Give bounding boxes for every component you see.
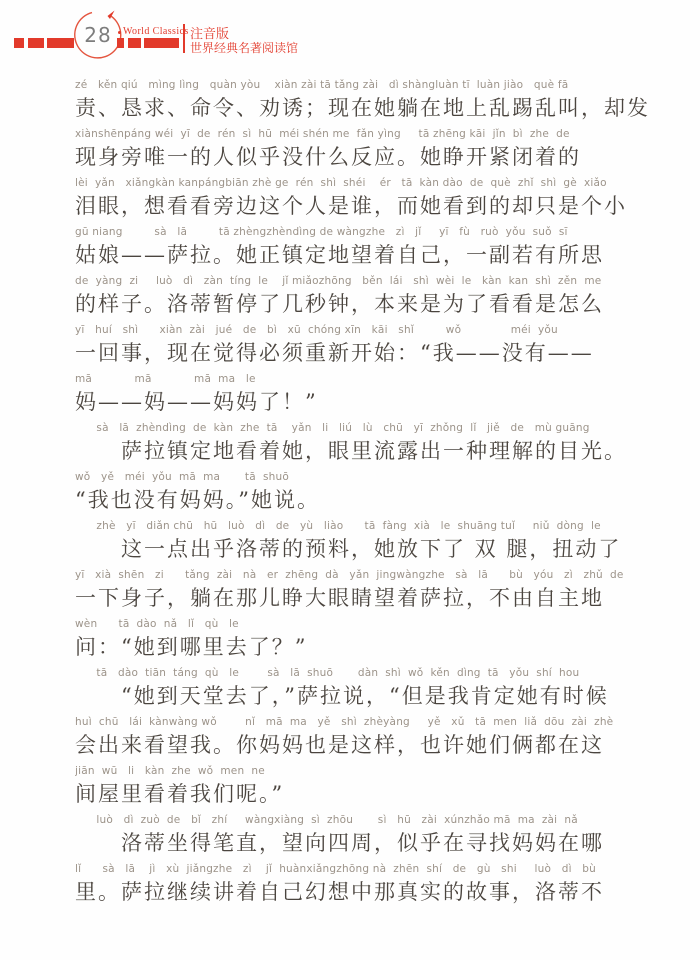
pinyin-text: lǐ sà lā jì xù jiǎngzhe zì jǐ huànxiǎngz… <box>75 862 655 877</box>
series-title-en: World Classics <box>123 26 189 37</box>
pinyin-text: sà lā zhèndìng de kàn zhe tā yǎn li liú … <box>75 421 655 436</box>
pinyin-text: lèi yǎn xiǎngkàn kanpángbiān zhè ge rén … <box>75 176 655 191</box>
pinyin-text: huì chū lái kànwàng wǒ nǐ mā ma yě shì z… <box>75 715 655 730</box>
page-number: 28 <box>69 6 127 64</box>
text-line: luò dì zuò de bǐ zhí wàngxiàng sì zhōu s… <box>75 813 655 862</box>
hanzi-text: “我也没有妈妈。”她说。 <box>75 485 655 517</box>
header-dash-segment <box>117 38 124 48</box>
hanzi-text: 洛蒂坐得笔直，望向四周，似乎在寻找妈妈在哪 <box>75 828 655 860</box>
header-dash-segment <box>28 38 44 48</box>
hanzi-text: 这一点出乎洛蒂的预料，她放下了 双 腿，扭动了 <box>75 534 655 566</box>
header-divider <box>183 24 185 53</box>
pinyin-text: luò dì zuò de bǐ zhí wàngxiàng sì zhōu s… <box>75 813 655 828</box>
text-line: jiān wū li kàn zhe wǒ men ne 间屋里看着我们呢。” <box>75 764 655 813</box>
hanzi-text: 问：“她到哪里去了？” <box>75 632 655 664</box>
pinyin-text: gū niang sà lā tā zhèngzhèndìng de wàngz… <box>75 225 655 240</box>
text-line: lèi yǎn xiǎngkàn kanpángbiān zhè ge rén … <box>75 176 655 225</box>
text-line: lǐ sà lā jì xù jiǎngzhe zì jǐ huànxiǎngz… <box>75 862 655 911</box>
pinyin-text: de yàng zi luò dì zàn tíng le jǐ miǎozhō… <box>75 274 655 289</box>
hanzi-text: 间屋里看着我们呢。” <box>75 779 655 811</box>
text-line: wǒ yě méi yǒu mā ma tā shuō “我也没有妈妈。”她说。 <box>75 470 655 519</box>
hanzi-text: 的样子。洛蒂暂停了几秒钟，本来是为了看看是怎么 <box>75 289 655 321</box>
text-line: gū niang sà lā tā zhèngzhèndìng de wàngz… <box>75 225 655 274</box>
hanzi-text: 妈——妈——妈妈了！” <box>75 387 655 419</box>
header-dash-segment <box>14 38 24 48</box>
hanzi-text: 会出来看望我。你妈妈也是这样，也许她们俩都在这 <box>75 730 655 762</box>
pinyin-text: yī huí shì xiàn zài jué de bì xū chóng x… <box>75 323 655 338</box>
text-line: tā dào tiān táng qù le sà lā shuō dàn sh… <box>75 666 655 715</box>
pinyin-text: yī xià shēn zi tǎng zài nà er zhēng dà y… <box>75 568 655 583</box>
text-line: de yàng zi luò dì zàn tíng le jǐ miǎozhō… <box>75 274 655 323</box>
bullet-dot-icon <box>118 31 121 34</box>
hanzi-text: 萨拉镇定地看着她，眼里流露出一种理解的目光。 <box>75 436 655 468</box>
text-line: mā mā mā ma le 妈——妈——妈妈了！” <box>75 372 655 421</box>
hanzi-text: 姑娘——萨拉。她正镇定地望着自己，一副若有所思 <box>75 240 655 272</box>
header-dash-segment <box>144 38 179 48</box>
hanzi-text: 里。萨拉继续讲着自己幻想中那真实的故事，洛蒂不 <box>75 877 655 909</box>
text-line: yī xià shēn zi tǎng zài nà er zhēng dà y… <box>75 568 655 617</box>
pinyin-text: jiān wū li kàn zhe wǒ men ne <box>75 764 655 779</box>
text-line: huì chū lái kànwàng wǒ nǐ mā ma yě shì z… <box>75 715 655 764</box>
header-dash-segment <box>128 38 141 48</box>
hanzi-text: 一下身子，躺在那儿睁大眼睛望着萨拉，不由自主地 <box>75 583 655 615</box>
pinyin-text: mā mā mā ma le <box>75 372 655 387</box>
pinyin-text: wǒ yě méi yǒu mā ma tā shuō <box>75 470 655 485</box>
series-title-cn: 世界经典名著阅读馆 <box>190 39 298 56</box>
hanzi-text: 一回事，现在觉得必须重新开始：“我——没有—— <box>75 338 655 370</box>
page-header: 28 World Classics 注音版 世界经典名著阅读馆 <box>0 0 700 64</box>
text-body: zé kěn qiú mìng lìng quàn yòu xiàn zài t… <box>75 78 655 911</box>
hanzi-text: 现身旁唯一的人似乎没什么反应。她睁开紧闭着的 <box>75 142 655 174</box>
text-line: sà lā zhèndìng de kàn zhe tā yǎn li liú … <box>75 421 655 470</box>
pinyin-text: zhè yī diǎn chū hū luò dì de yù liào tā … <box>75 519 655 534</box>
text-line: zé kěn qiú mìng lìng quàn yòu xiàn zài t… <box>75 78 655 127</box>
pinyin-text: wèn tā dào nǎ lǐ qù le <box>75 617 655 632</box>
text-line: xiànshēnpáng wéi yī de rén sì hū méi shé… <box>75 127 655 176</box>
pinyin-text: tā dào tiān táng qù le sà lā shuō dàn sh… <box>75 666 655 681</box>
book-page: 28 World Classics 注音版 世界经典名著阅读馆 zé kěn q… <box>0 0 700 960</box>
hanzi-text: “她到天堂去了，”萨拉说，“但是我肯定她有时候 <box>75 681 655 713</box>
pinyin-text: xiànshēnpáng wéi yī de rén sì hū méi shé… <box>75 127 655 142</box>
hanzi-text: 泪眼，想看看旁边这个人是谁，而她看到的却只是个小 <box>75 191 655 223</box>
text-line: wèn tā dào nǎ lǐ qù le 问：“她到哪里去了？” <box>75 617 655 666</box>
pinyin-text: zé kěn qiú mìng lìng quàn yòu xiàn zài t… <box>75 78 655 93</box>
hanzi-text: 责、恳求、命令、劝诱；现在她躺在地上乱踢乱叫，却发 <box>75 93 655 125</box>
text-line: yī huí shì xiàn zài jué de bì xū chóng x… <box>75 323 655 372</box>
text-line: zhè yī diǎn chū hū luò dì de yù liào tā … <box>75 519 655 568</box>
